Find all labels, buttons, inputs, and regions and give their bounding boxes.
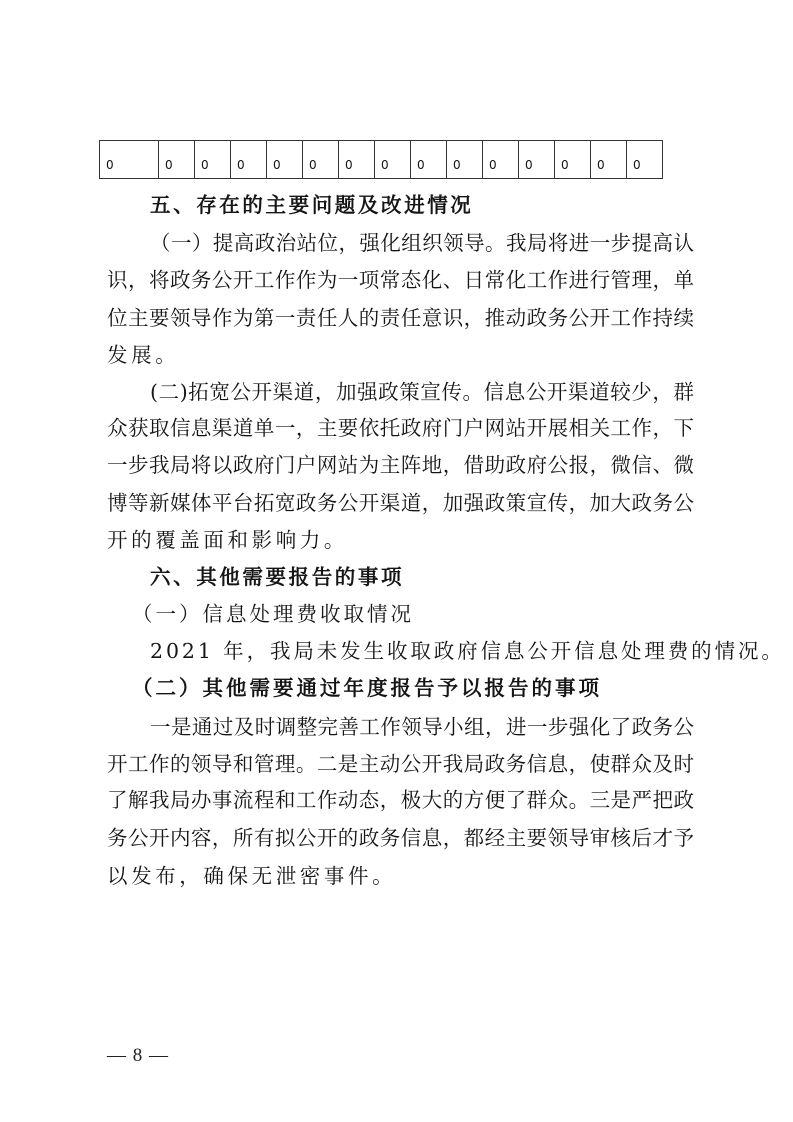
table-cell: 0	[519, 141, 555, 179]
table-cell: 0	[555, 141, 591, 179]
table-cell: 0	[375, 141, 411, 179]
paragraph-line: (二)拓宽公开渠道，加强政策宣传。信息公开渠道较少，群	[150, 377, 694, 407]
subsection-heading-other: （二）其他需要通过年度报告予以报告的事项	[132, 673, 602, 703]
table-cell: 0	[231, 141, 267, 179]
table-cell: 0	[159, 141, 195, 179]
table-cell: 0	[447, 141, 483, 179]
statistics-table-row: 0 0 0 0 0 0 0 0 0 0 0 0 0 0 0	[99, 140, 663, 179]
subsection-heading-fee: （一）信息处理费收取情况	[132, 599, 414, 629]
section-heading-problems: 五、存在的主要问题及改进情况	[150, 190, 473, 220]
table-cell: 0	[267, 141, 303, 179]
paragraph-line: （一）提高政治站位，强化组织领导。我局将进一步提高认	[150, 228, 694, 258]
paragraph-line: 一是通过及时调整完善工作领导小组，进一步强化了政务公	[150, 712, 694, 742]
paragraph-line: 发展。	[107, 340, 179, 370]
paragraph-line: 务公开内容，所有拟公开的政务信息，都经主要领导审核后才予	[107, 823, 694, 853]
page-number: — 8 —	[107, 1045, 177, 1067]
paragraph-line: 以发布，确保无泄密事件。	[107, 861, 396, 891]
table-cell: 0	[591, 141, 627, 179]
table-cell: 0	[627, 141, 663, 179]
paragraph-line: 开工作的领导和管理。二是主动公开我局政务信息，使群众及时	[107, 749, 694, 779]
paragraph-line: 识，将政务公开工作作为一项常态化、日常化工作进行管理，单	[107, 265, 694, 295]
paragraph-line: 博等新媒体平台拓宽政务公开渠道，加强政策宣传，加大政务公	[107, 488, 694, 518]
table-cell: 0	[100, 141, 159, 179]
section-heading-other-matters: 六、其他需要报告的事项	[150, 562, 404, 592]
table-row: 0 0 0 0 0 0 0 0 0 0 0 0 0 0 0	[100, 141, 663, 179]
paragraph-line: 了解我局办事流程和工作动态，极大的方便了群众。三是严把政	[107, 785, 694, 815]
paragraph-line: 开的覆盖面和影响力。	[107, 525, 348, 555]
table-cell: 0	[483, 141, 519, 179]
table-cell: 0	[195, 141, 231, 179]
table-cell: 0	[339, 141, 375, 179]
table-cell: 0	[411, 141, 447, 179]
paragraph-line: 2021 年，我局未发生收取政府信息公开信息处理费的情况。	[150, 636, 785, 666]
paragraph-line: 众获取信息渠道单一，主要依托政府门户网站开展相关工作，下	[107, 413, 694, 443]
paragraph-line: 一步我局将以政府门户网站为主阵地，借助政府公报，微信、微	[107, 450, 694, 480]
paragraph-line: 位主要领导作为第一责任人的责任意识，推动政务公开工作持续	[107, 303, 694, 333]
document-page: 0 0 0 0 0 0 0 0 0 0 0 0 0 0 0 五、存在的主要问题及…	[0, 0, 793, 1122]
table-cell: 0	[303, 141, 339, 179]
